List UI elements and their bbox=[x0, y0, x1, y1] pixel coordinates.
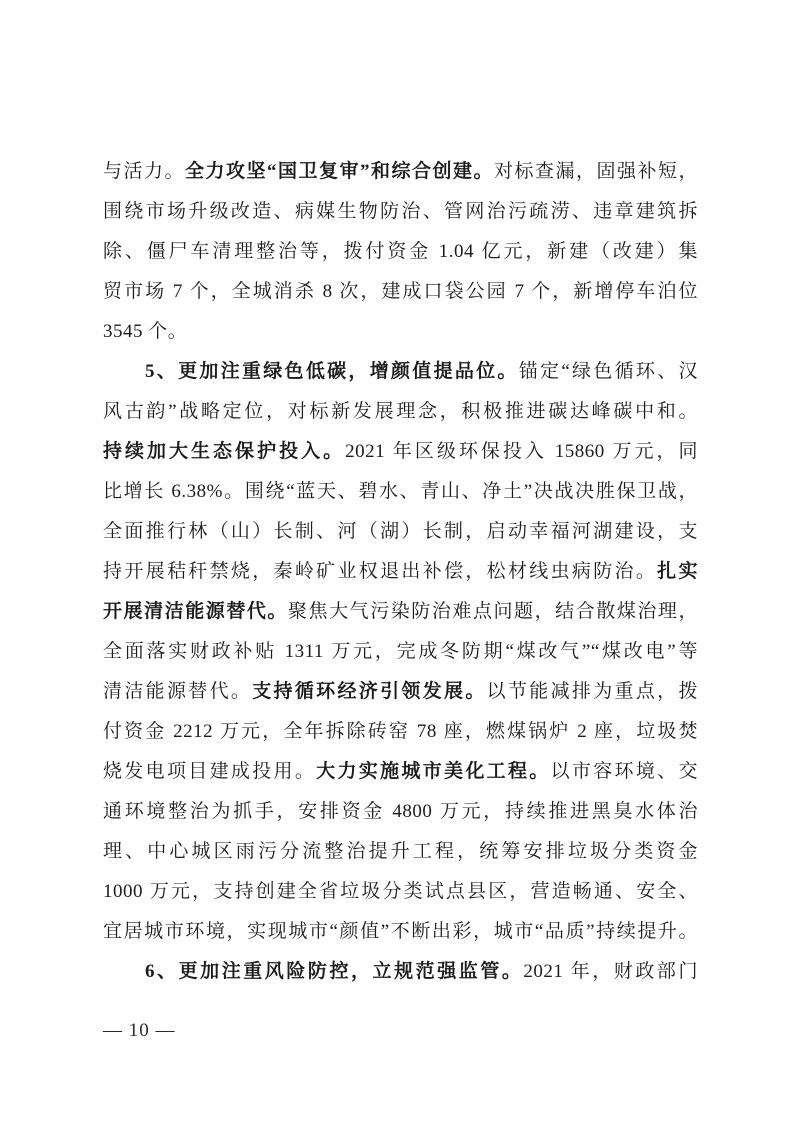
text-segment: 理、中心城区雨污分流整治提升工程，统筹安排垃圾分类资金 bbox=[103, 841, 698, 862]
document-text: 与活力。全力攻坚“国卫复审”和综合创建。对标查漏，固强补短，围绕市场升级改造、病… bbox=[103, 152, 698, 992]
text-segment: 1000 万元，支持创建全省垃圾分类试点县区，营造畅通、安全、 bbox=[103, 881, 698, 902]
text-line: 除、僵尸车清理整治等，拨付资金 1.04 亿元，新建（改建）集 bbox=[103, 232, 698, 272]
text-segment: 锚定“绿色循环、汉 bbox=[519, 361, 698, 382]
text-line: 通环境整治为抓手，安排资金 4800 万元，持续推进黑臭水体治 bbox=[103, 792, 698, 832]
text-line: 烧发电项目建成投用。大力实施城市美化工程。以市容环境、交 bbox=[103, 752, 698, 792]
text-line: 付资金 2212 万元，全年拆除砖窑 78 座，燃煤锅炉 2 座，垃圾焚 bbox=[103, 712, 698, 752]
text-segment: 2021 年区级环保投入 15860 万元，同 bbox=[345, 441, 698, 462]
text-segment: 清洁能源替代。 bbox=[103, 681, 252, 702]
bold-text-segment: 5、更加注重绿色低碳，增颜值提品位。 bbox=[145, 361, 519, 382]
text-segment: 比增长 6.38%。围绕“蓝天、碧水、青山、净土”决战决胜保卫战， bbox=[103, 481, 698, 502]
text-segment: 对标查漏，固强补短， bbox=[494, 161, 698, 182]
text-segment: 贸市场 7 个，全城消杀 8 次，建成口袋公园 7 个，新增停车泊位 bbox=[103, 281, 698, 302]
text-segment: 除、僵尸车清理整治等，拨付资金 1.04 亿元，新建（改建）集 bbox=[103, 241, 698, 262]
text-segment: 烧发电项目建成投用。 bbox=[103, 761, 316, 782]
bold-text-segment: 扎实 bbox=[657, 561, 698, 582]
text-line: 与活力。全力攻坚“国卫复审”和综合创建。对标查漏，固强补短， bbox=[103, 152, 698, 192]
text-line: 6、更加注重风险防控，立规范强监管。2021 年，财政部门 bbox=[103, 952, 698, 992]
text-segment: 3545 个。 bbox=[103, 321, 187, 342]
text-segment: 与活力。 bbox=[103, 161, 185, 182]
text-line: 宜居城市环境，实现城市“颜值”不断出彩，城市“品质”持续提升。 bbox=[103, 912, 698, 952]
text-segment: 以节能减排为重点，拨 bbox=[487, 681, 698, 702]
text-line: 持续加大生态保护投入。2021 年区级环保投入 15860 万元，同 bbox=[103, 432, 698, 472]
document-page: 与活力。全力攻坚“国卫复审”和综合创建。对标查漏，固强补短，围绕市场升级改造、病… bbox=[0, 0, 793, 1122]
text-segment: 全面推行林（山）长制、河（湖）长制，启动幸福河湖建设，支 bbox=[103, 521, 698, 542]
text-line: 全面落实财政补贴 1311 万元，完成冬防期“煤改气”“煤改电”等 bbox=[103, 632, 698, 672]
bold-text-segment: 持续加大生态保护投入。 bbox=[103, 441, 345, 462]
page-number-footer: — 10 — bbox=[103, 1018, 176, 1044]
text-segment: 2021 年，财政部门 bbox=[523, 961, 698, 982]
text-line: 围绕市场升级改造、病媒生物防治、管网治污疏涝、违章建筑拆 bbox=[103, 192, 698, 232]
text-line: 比增长 6.38%。围绕“蓝天、碧水、青山、净土”决战决胜保卫战， bbox=[103, 472, 698, 512]
text-line: 理、中心城区雨污分流整治提升工程，统筹安排垃圾分类资金 bbox=[103, 832, 698, 872]
text-segment: 风古韵”战略定位，对标新发展理念，积极推进碳达峰碳中和。 bbox=[103, 401, 698, 422]
text-line: 开展清洁能源替代。聚焦大气污染防治难点问题，结合散煤治理， bbox=[103, 592, 698, 632]
bold-text-segment: 大力实施城市美化工程。 bbox=[316, 761, 550, 782]
text-line: 持开展秸秆禁烧，秦岭矿业权退出补偿，松材线虫病防治。扎实 bbox=[103, 552, 698, 592]
text-segment: 围绕市场升级改造、病媒生物防治、管网治污疏涝、违章建筑拆 bbox=[103, 201, 698, 222]
bold-text-segment: 支持循环经济引领发展。 bbox=[252, 681, 486, 702]
text-line: 5、更加注重绿色低碳，增颜值提品位。锚定“绿色循环、汉 bbox=[103, 352, 698, 392]
text-segment: 聚焦大气污染防治难点问题，结合散煤治理， bbox=[288, 601, 698, 622]
text-line: 全面推行林（山）长制、河（湖）长制，启动幸福河湖建设，支 bbox=[103, 512, 698, 552]
text-line: 3545 个。 bbox=[103, 312, 698, 352]
text-segment: 宜居城市环境，实现城市“颜值”不断出彩，城市“品质”持续提升。 bbox=[103, 921, 698, 942]
bold-text-segment: 全力攻坚“国卫复审”和综合创建。 bbox=[185, 161, 494, 182]
bold-text-segment: 6、更加注重风险防控，立规范强监管。 bbox=[145, 961, 523, 982]
text-line: 风古韵”战略定位，对标新发展理念，积极推进碳达峰碳中和。 bbox=[103, 392, 698, 432]
text-segment: 通环境整治为抓手，安排资金 4800 万元，持续推进黑臭水体治 bbox=[103, 801, 698, 822]
text-segment: 持开展秸秆禁烧，秦岭矿业权退出补偿，松材线虫病防治。 bbox=[103, 561, 657, 582]
text-line: 贸市场 7 个，全城消杀 8 次，建成口袋公园 7 个，新增停车泊位 bbox=[103, 272, 698, 312]
text-segment: 付资金 2212 万元，全年拆除砖窑 78 座，燃煤锅炉 2 座，垃圾焚 bbox=[103, 721, 698, 742]
text-line: 1000 万元，支持创建全省垃圾分类试点县区，营造畅通、安全、 bbox=[103, 872, 698, 912]
text-line: 清洁能源替代。支持循环经济引领发展。以节能减排为重点，拨 bbox=[103, 672, 698, 712]
text-segment: 以市容环境、交 bbox=[551, 761, 698, 782]
bold-text-segment: 开展清洁能源替代。 bbox=[103, 601, 288, 622]
text-segment: 全面落实财政补贴 1311 万元，完成冬防期“煤改气”“煤改电”等 bbox=[103, 641, 698, 662]
